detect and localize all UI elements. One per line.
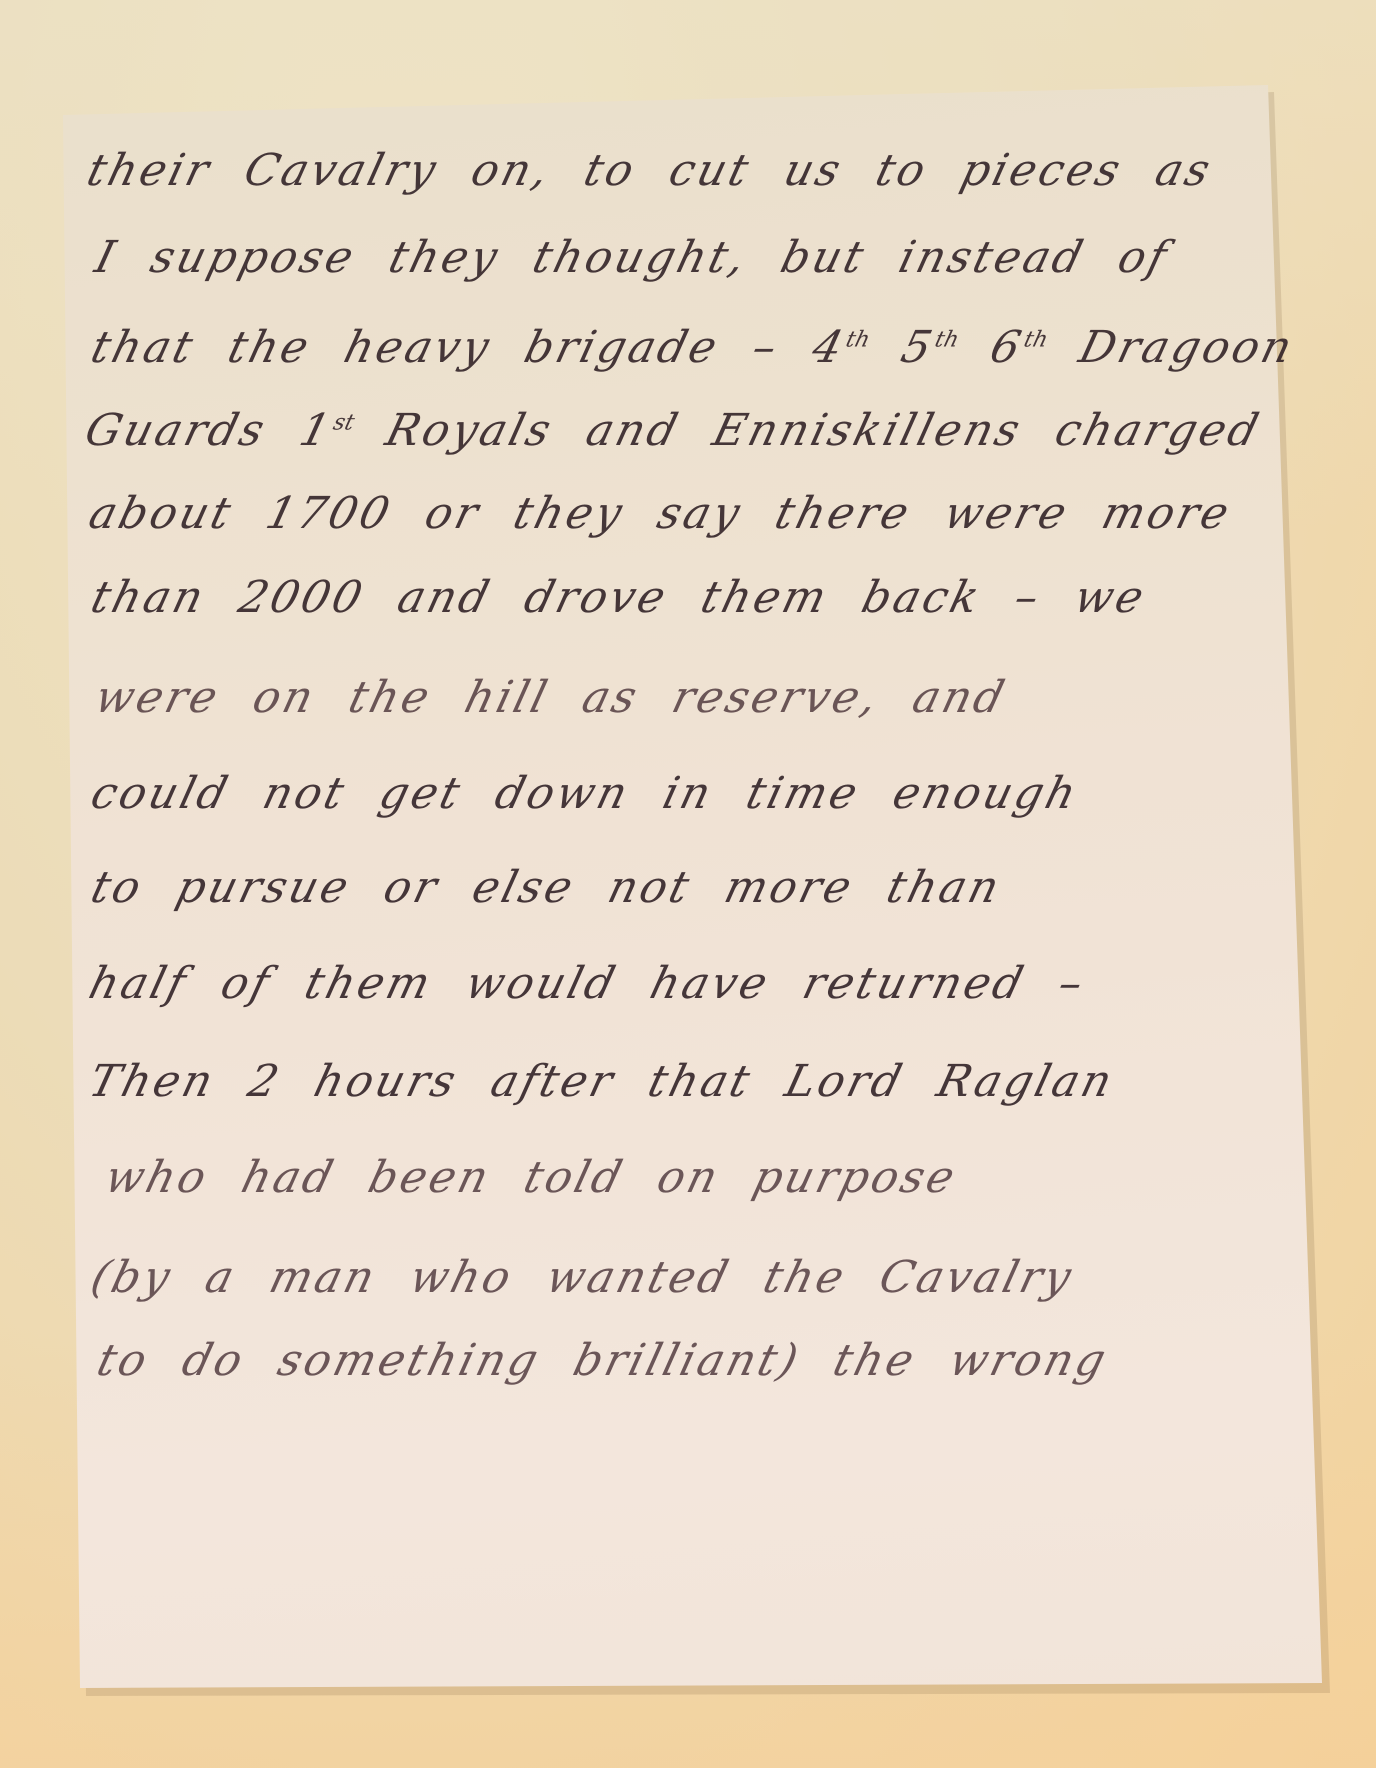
letter-line-5: about 1700 or they say there were more (84, 488, 1237, 539)
letter-line-10: half of them would have returned – (84, 958, 1091, 1009)
letter-line-9: to pursue or else not more than (86, 862, 1007, 913)
letter-line-3-end: Dragoon (1039, 322, 1300, 373)
letter-line-4-text: Guards (80, 405, 307, 456)
letter-line-4-end: Royals and Enniskillens charged (346, 405, 1267, 456)
letter-line-1: their Cavalry on, to cut us to pieces as (82, 145, 1218, 196)
letter-line-2: I suppose they thought, but instead of (90, 232, 1174, 283)
letter-line-7: were on the hill as reserve, and (90, 672, 1012, 723)
letter-line-3-text: that the heavy brigade – (86, 322, 820, 373)
ordinal-number: 5 (861, 322, 940, 373)
letter-line-8: could not get down in time enough (86, 768, 1084, 819)
letter-line-13: (by a man who wanted the Cavalry (86, 1252, 1079, 1303)
letter-text: their Cavalry on, to cut us to pieces as… (0, 0, 1376, 1768)
letter-line-6: than 2000 and drove them back – we (86, 572, 1152, 623)
letter-line-4: Guards 1st Royals and Enniskillens charg… (80, 405, 1266, 456)
letter-line-3: that the heavy brigade – 4th 5th 6th Dra… (86, 322, 1300, 373)
letter-line-12: who had been told on purpose (100, 1152, 963, 1203)
letter-line-14: to do something brilliant) the wrong (92, 1335, 1114, 1386)
letter-line-11: Then 2 hours after that Lord Raglan (84, 1056, 1120, 1107)
ordinal-number: 6 (950, 322, 1029, 373)
